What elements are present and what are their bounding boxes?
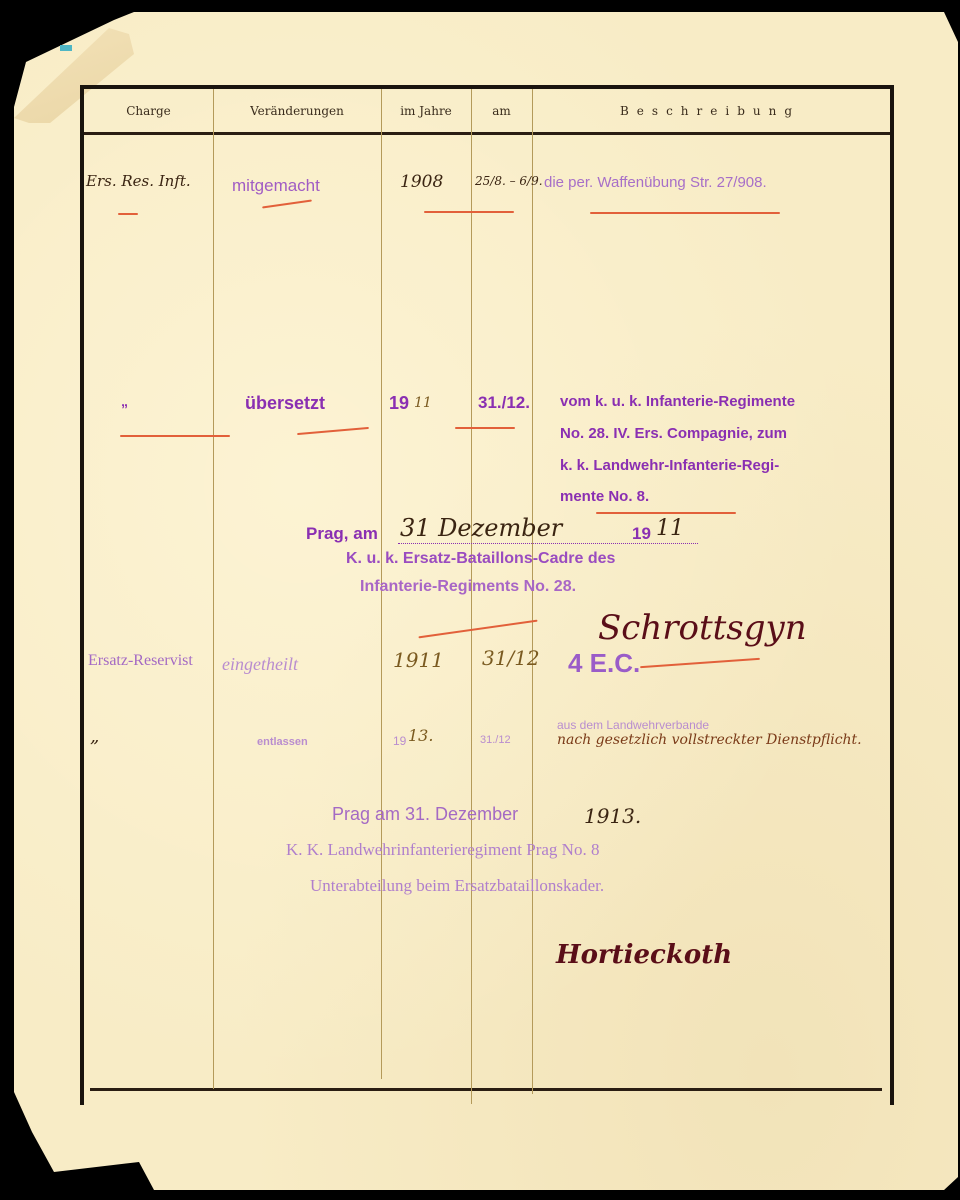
row2-description-line3: k. k. Landwehr-Infanterie-Regi- bbox=[560, 457, 779, 474]
row3-date: 31/12 bbox=[482, 646, 540, 670]
header-charge: Charge bbox=[84, 104, 213, 118]
row4-change: entlassen bbox=[257, 736, 308, 748]
row2-change: übersetzt bbox=[245, 393, 325, 414]
stamp1911-unit: K. u. k. Ersatz-Bataillons-Cadre des bbox=[346, 550, 615, 568]
red-underline bbox=[118, 213, 138, 215]
stamp1913-regiment: K. K. Landwehrinfanterieregiment Prag No… bbox=[286, 840, 599, 860]
stamp1911-year-suffix: 11 bbox=[656, 516, 684, 541]
red-underline bbox=[590, 212, 780, 214]
header-date: am bbox=[471, 104, 532, 118]
row3-description: 4 E.C. bbox=[568, 648, 640, 679]
row2-year-prefix: 19 bbox=[389, 393, 409, 414]
row1-description: die per. Waffenübung Str. 27/908. bbox=[544, 174, 767, 191]
row2-description-line1: vom k. u. k. Infanterie-Regimente bbox=[560, 393, 795, 410]
stamp1911-place: Prag, am bbox=[306, 524, 378, 544]
stamp1913-place-date: Prag am 31. Dezember bbox=[332, 804, 518, 825]
signature-1911: Schrottsgyn bbox=[598, 608, 807, 648]
row4-date: 31./12 bbox=[480, 734, 511, 746]
header-changes: Veränderungen bbox=[213, 104, 381, 118]
blue-tape-fragment bbox=[60, 45, 72, 51]
red-underline bbox=[596, 512, 736, 514]
row2-charge-ditto: „ bbox=[121, 393, 128, 409]
row1-change: mitgemacht bbox=[232, 176, 320, 196]
row2-description-line4: mente No. 8. bbox=[560, 488, 649, 505]
row2-date: 31./12. bbox=[478, 393, 530, 413]
row3-year: 1911 bbox=[393, 648, 444, 672]
red-underline bbox=[424, 211, 514, 213]
red-underline bbox=[120, 435, 230, 437]
row1-charge: Ers. Res. Inft. bbox=[86, 172, 191, 190]
row4-year-suffix: 13. bbox=[408, 726, 433, 745]
row1-year: 1908 bbox=[400, 172, 443, 192]
row2-description-line2: No. 28. IV. Ers. Compagnie, zum bbox=[560, 425, 787, 442]
row4-description-line2: nach gesetzlich vollstreckter Dienstpfli… bbox=[557, 732, 862, 748]
row1-date: 25/8. – 6/9. bbox=[475, 174, 543, 188]
row2-year-suffix: 11 bbox=[414, 395, 432, 411]
table-bottom-rule bbox=[90, 1088, 882, 1091]
stamp1913-year-handwritten: 1913. bbox=[584, 804, 641, 828]
header-year: im Jahre bbox=[381, 104, 471, 118]
stamp1911-year-prefix: 19 bbox=[632, 524, 651, 544]
red-underline bbox=[455, 427, 515, 429]
dotted-fill-line bbox=[398, 543, 698, 544]
header-description: Beschreibung bbox=[532, 104, 888, 118]
stamp1913-subunit: Unterabteilung beim Ersatzbataillonskade… bbox=[310, 876, 604, 896]
column-divider bbox=[213, 89, 214, 1089]
stamp1911-regiment: Infanterie-Regiments No. 28. bbox=[360, 578, 576, 596]
header-rule bbox=[84, 132, 890, 135]
row4-charge-ditto: „ bbox=[90, 726, 99, 747]
row4-description-line1: aus dem Landwehrverbande bbox=[557, 718, 709, 732]
row3-charge: Ersatz-Reservist bbox=[88, 652, 193, 670]
row4-year-prefix: 19 bbox=[393, 734, 406, 748]
row3-change: eingetheilt bbox=[222, 654, 298, 675]
column-divider bbox=[471, 89, 472, 1104]
stamp1911-date-handwritten: 31 Dezember bbox=[400, 514, 562, 542]
signature-1913: Hortieckoth bbox=[556, 940, 732, 970]
